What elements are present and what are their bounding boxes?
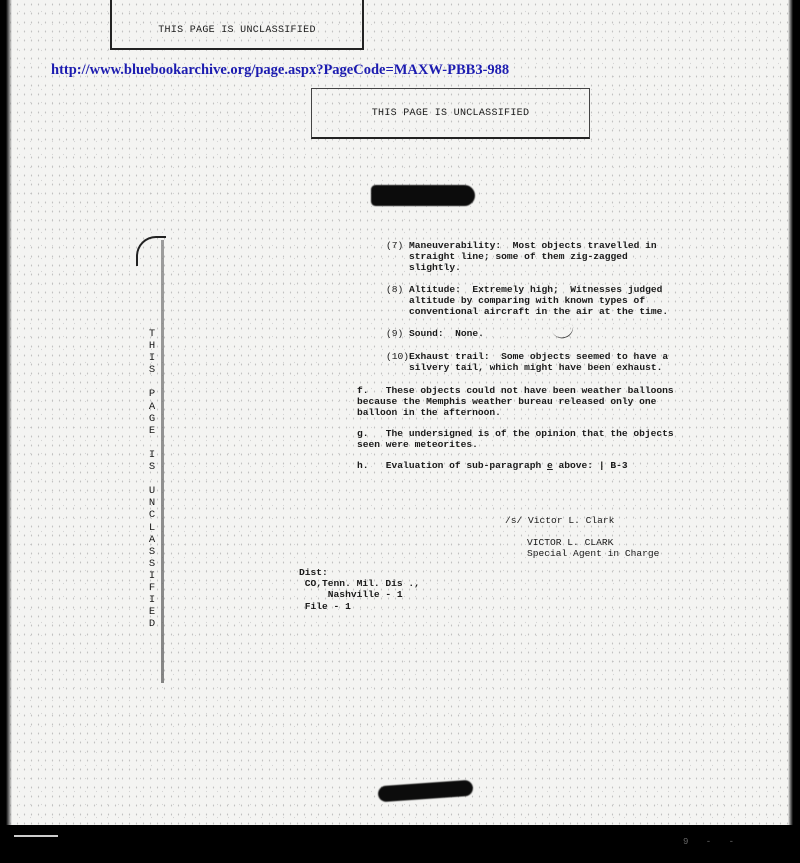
distribution-line-1: CO,Tenn. Mil. Dis ., <box>305 578 420 589</box>
stamp-top-label: THIS PAGE IS UNCLASSIFIED <box>158 25 316 36</box>
redaction-bottom <box>378 780 474 803</box>
item-9-number: (9) <box>386 328 403 339</box>
distribution-list: Dist: CO,Tenn. Mil. Dis ., Nashville - 1… <box>299 567 420 612</box>
side-stamp-line <box>161 240 164 683</box>
distribution-label: Dist: <box>299 567 328 578</box>
item-9-text: Sound: None. <box>409 328 484 339</box>
paragraph-f: f. These objects could not have been wea… <box>357 385 674 419</box>
unclassified-stamp-middle: THIS PAGE IS UNCLASSIFIED <box>311 88 590 139</box>
signature-name: VICTOR L. CLARK <box>527 537 613 548</box>
scan-bottom-mark <box>14 835 58 837</box>
source-url-link[interactable]: http://www.bluebookarchive.org/page.aspx… <box>51 62 509 79</box>
item-7-maneuverability: (7) Maneuverability: Most objects travel… <box>386 240 657 274</box>
paragraph-g: g. The undersigned is of the opinion tha… <box>357 428 674 450</box>
item-10-text: Exhaust trail: Some objects seemed to ha… <box>386 351 668 373</box>
item-7-text: Maneuverability: Most objects travelled … <box>386 240 657 273</box>
item-9-sound: (9) Sound: None. <box>386 328 484 339</box>
item-8-number: (8) <box>386 284 403 295</box>
footer-marks: 9 - - <box>683 837 740 847</box>
item-10-exhaust-trail: (10)Exhaust trail: Some objects seemed t… <box>386 351 668 373</box>
signature-block: VICTOR L. CLARK Special Agent in Charge <box>527 537 659 559</box>
handwritten-mark <box>552 324 576 342</box>
item-10-number: (10) <box>386 351 409 362</box>
stamp-middle-label: THIS PAGE IS UNCLASSIFIED <box>372 108 530 119</box>
paragraph-h: h. Evaluation of sub-paragraph e above: … <box>357 460 628 471</box>
scan-right-edge <box>788 0 800 830</box>
signature-title: Special Agent in Charge <box>527 548 659 559</box>
distribution-line-2: Nashville - 1 <box>305 589 403 600</box>
scan-left-edge <box>0 0 12 830</box>
item-8-text: Altitude: Extremely high; Witnesses judg… <box>386 284 668 317</box>
unclassified-stamp-top: THIS PAGE IS UNCLASSIFIED <box>110 0 364 50</box>
redaction-top <box>371 185 475 206</box>
item-8-altitude: (8) Altitude: Extremely high; Witnesses … <box>386 284 668 318</box>
distribution-line-3: File - 1 <box>305 601 351 612</box>
paragraph-h-prefix: h. Evaluation of sub-paragraph <box>357 460 547 471</box>
signature-signed: /s/ Victor L. Clark <box>505 515 614 526</box>
side-unclassified-stamp: T H I S P A G E I S U N C L A S S I F I … <box>145 328 159 630</box>
paragraph-h-suffix: above: | B-3 <box>553 460 628 471</box>
scan-bottom-border <box>0 825 800 863</box>
item-7-number: (7) <box>386 240 403 251</box>
